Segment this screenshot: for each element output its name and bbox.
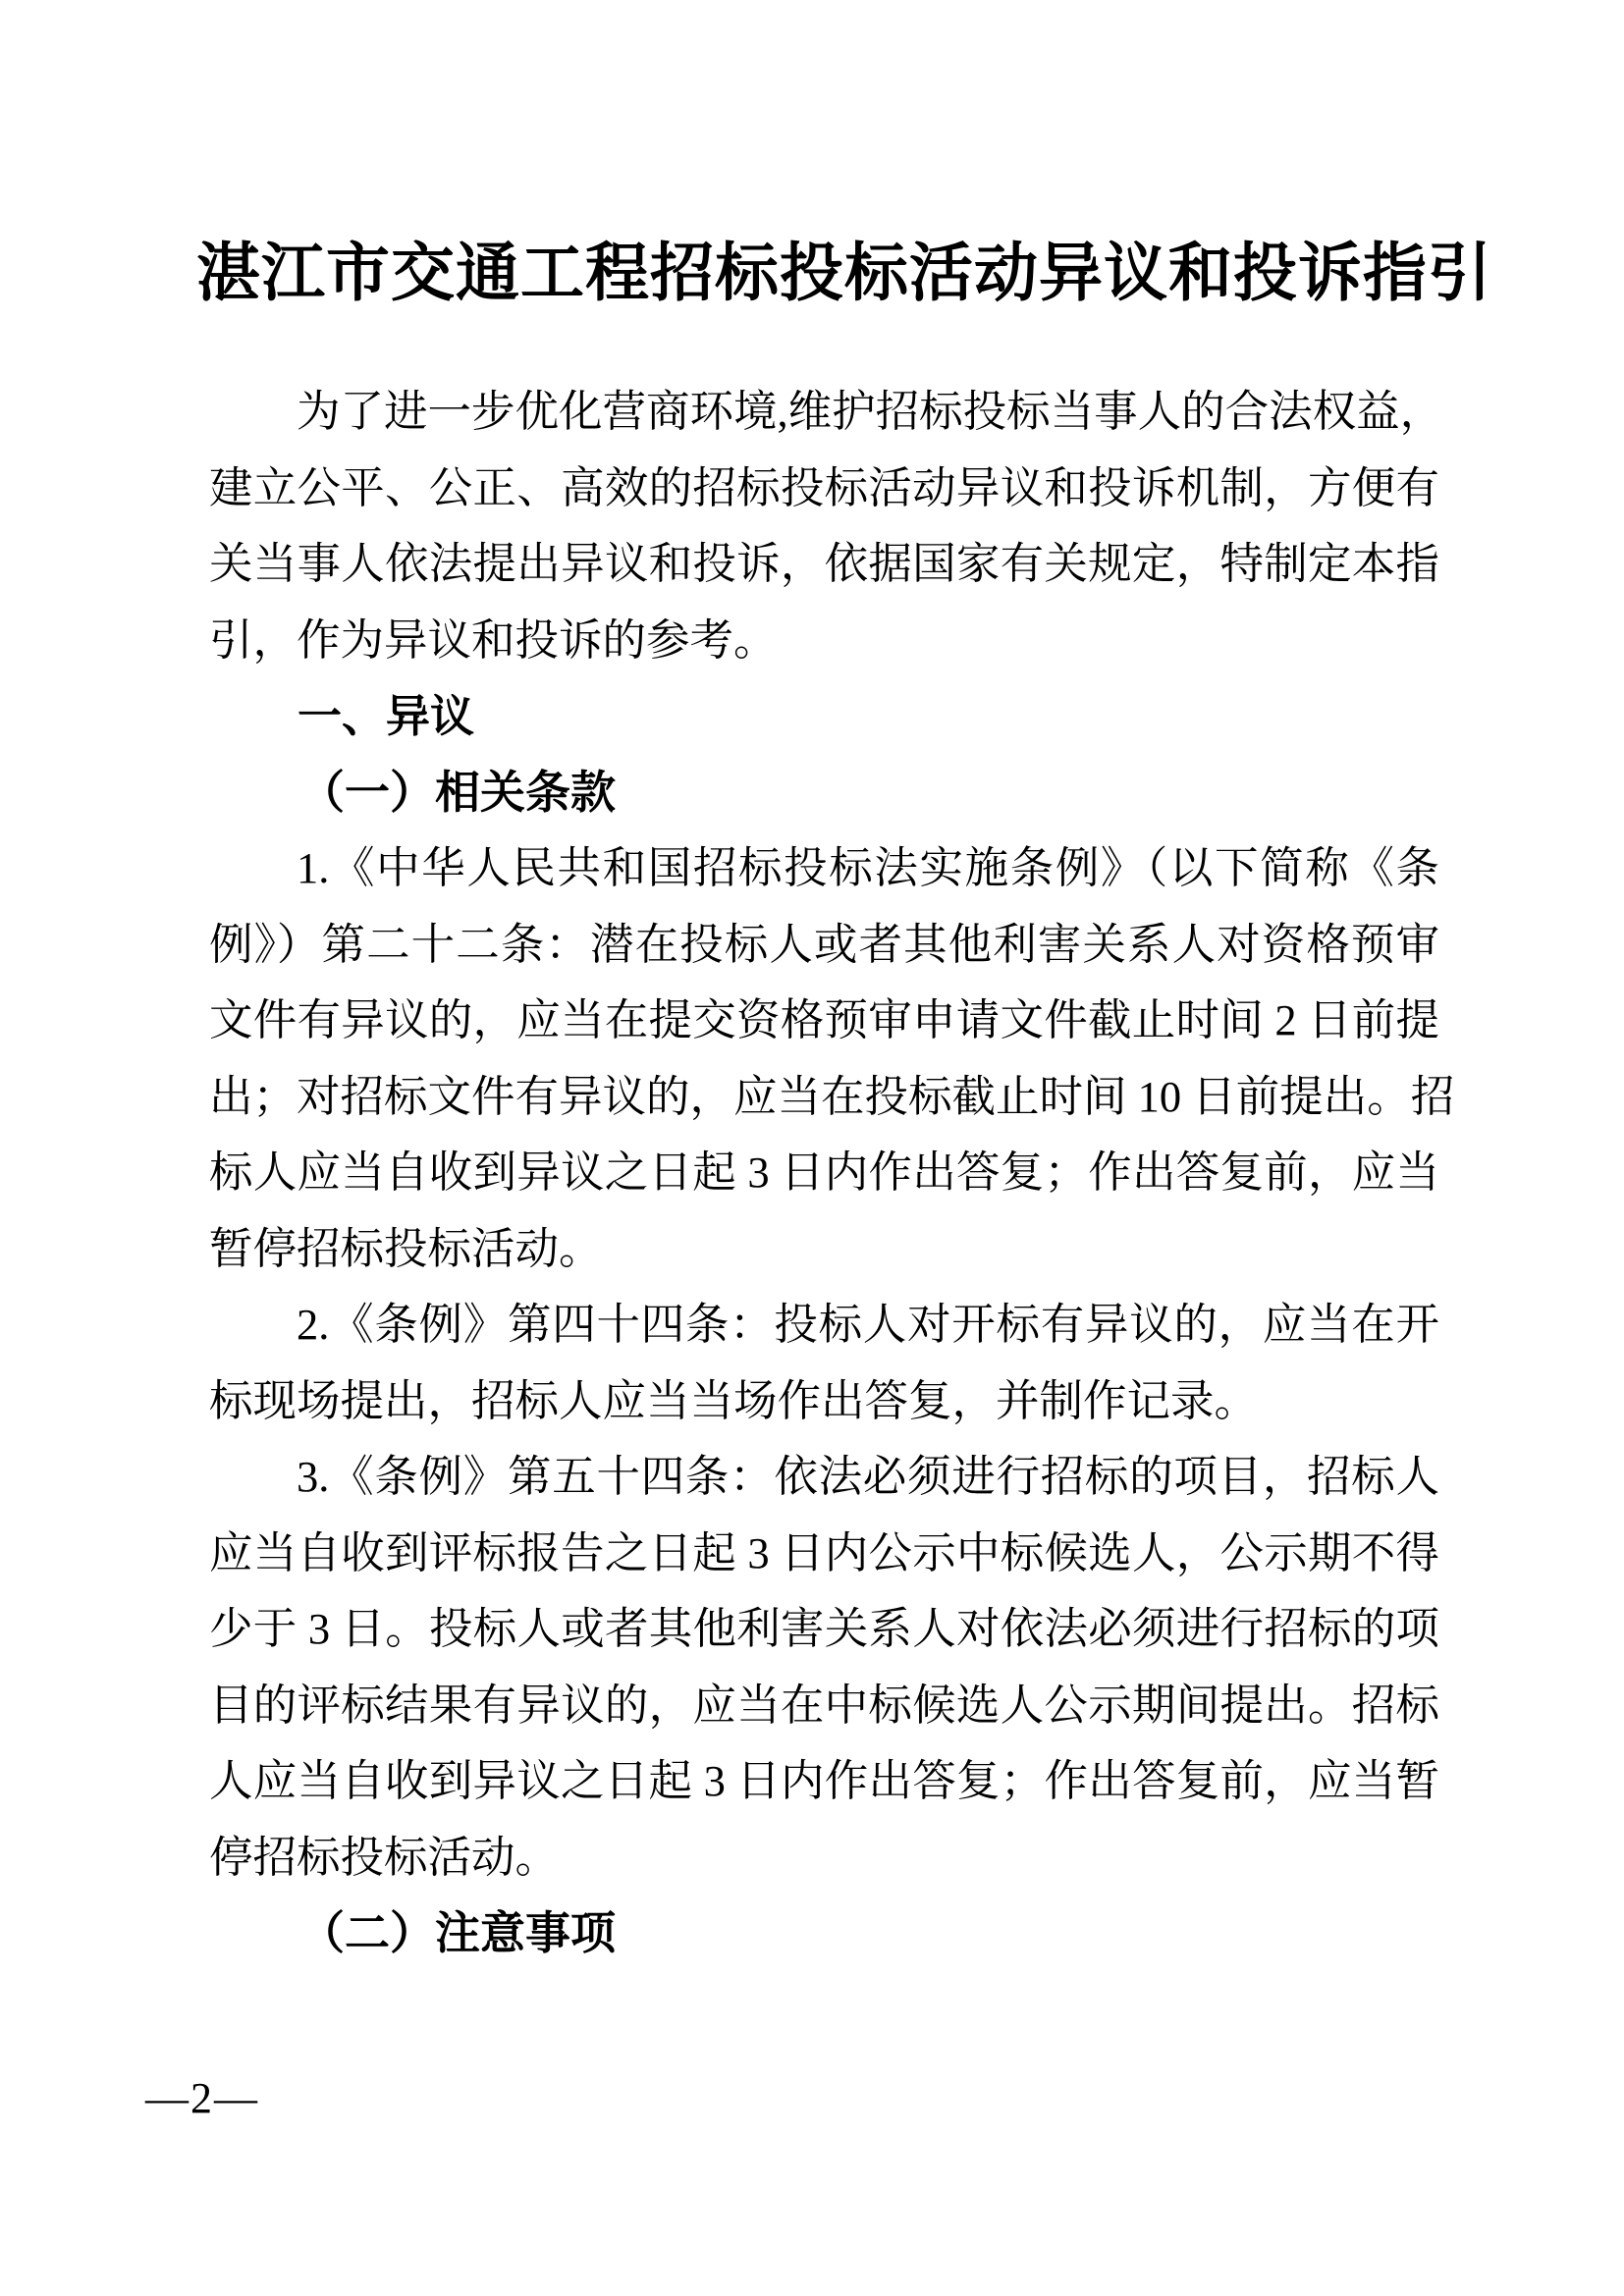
text-line: 1.《中华人民共和国招标投标法实施条例》（以下简称《条 (209, 830, 1439, 907)
text-line: 文件有异议的，应当在提交资格预审申请文件截止时间 2 日前提 (209, 983, 1439, 1059)
text-line: 目的评标结果有异议的，应当在中标候选人公示期间提出。招标 (209, 1668, 1439, 1744)
text-line: 应当自收到评标报告之日起 3 日内公示中标候选人，公示期不得 (209, 1516, 1439, 1592)
document-page: 湛江市交通工程招标投标活动异议和投诉指引 为了进一步优化营商环境,维护招标投标当… (0, 0, 1624, 2296)
text-line: 少于 3 日。投标人或者其他利害关系人对依法必须进行招标的项 (209, 1591, 1439, 1668)
section-1-heading: 一、异议 (209, 678, 1439, 755)
document-title: 湛江市交通工程招标投标活动异议和投诉指引 (196, 228, 1428, 320)
text-line: 标人应当自收到异议之日起 3 日内作出答复；作出答复前，应当 (209, 1135, 1439, 1211)
text-line: 关当事人依法提出异议和投诉，依据国家有关规定，特制定本指 (209, 526, 1439, 603)
text-line: 3.《条例》第五十四条：依法必须进行招标的项目，招标人 (209, 1439, 1439, 1516)
clause-2-paragraph: 2.《条例》第四十四条：投标人对开标有异议的，应当在开标现场提出，招标人应当当场… (209, 1287, 1439, 1439)
text-line: （一）相关条款 (209, 755, 1439, 831)
text-line: 例》）第二十二条：潜在投标人或者其他利害关系人对资格预审 (209, 907, 1439, 984)
text-line: 停招标投标活动。 (209, 1820, 1439, 1896)
text-line: 引，作为异议和投诉的参考。 (209, 603, 1439, 679)
text-line: 2.《条例》第四十四条：投标人对开标有异议的，应当在开 (209, 1287, 1439, 1363)
section-1-2-heading: （二）注意事项 (209, 1896, 1439, 1972)
intro-paragraph: 为了进一步优化营商环境,维护招标投标当事人的合法权益，建立公平、公正、高效的招标… (209, 374, 1439, 678)
text-line: 为了进一步优化营商环境,维护招标投标当事人的合法权益， (209, 374, 1439, 451)
text-line: 建立公平、公正、高效的招标投标活动异议和投诉机制，方便有 (209, 451, 1439, 527)
section-1-1-heading: （一）相关条款 (209, 755, 1439, 831)
text-line: 暂停招标投标活动。 (209, 1211, 1439, 1288)
document-body: 为了进一步优化营商环境,维护招标投标当事人的合法权益，建立公平、公正、高效的招标… (209, 374, 1439, 1972)
clause-1-paragraph: 1.《中华人民共和国招标投标法实施条例》（以下简称《条例》）第二十二条：潜在投标… (209, 830, 1439, 1287)
text-line: 人应当自收到异议之日起 3 日内作出答复；作出答复前，应当暂 (209, 1743, 1439, 1820)
text-line: （二）注意事项 (209, 1896, 1439, 1972)
text-line: 出；对招标文件有异议的，应当在投标截止时间 10 日前提出。招 (209, 1059, 1439, 1136)
page-number: —2— (145, 2069, 259, 2128)
text-line: 一、异议 (209, 678, 1439, 755)
text-line: 标现场提出，招标人应当当场作出答复，并制作记录。 (209, 1363, 1439, 1440)
clause-3-paragraph: 3.《条例》第五十四条：依法必须进行招标的项目，招标人应当自收到评标报告之日起 … (209, 1439, 1439, 1896)
